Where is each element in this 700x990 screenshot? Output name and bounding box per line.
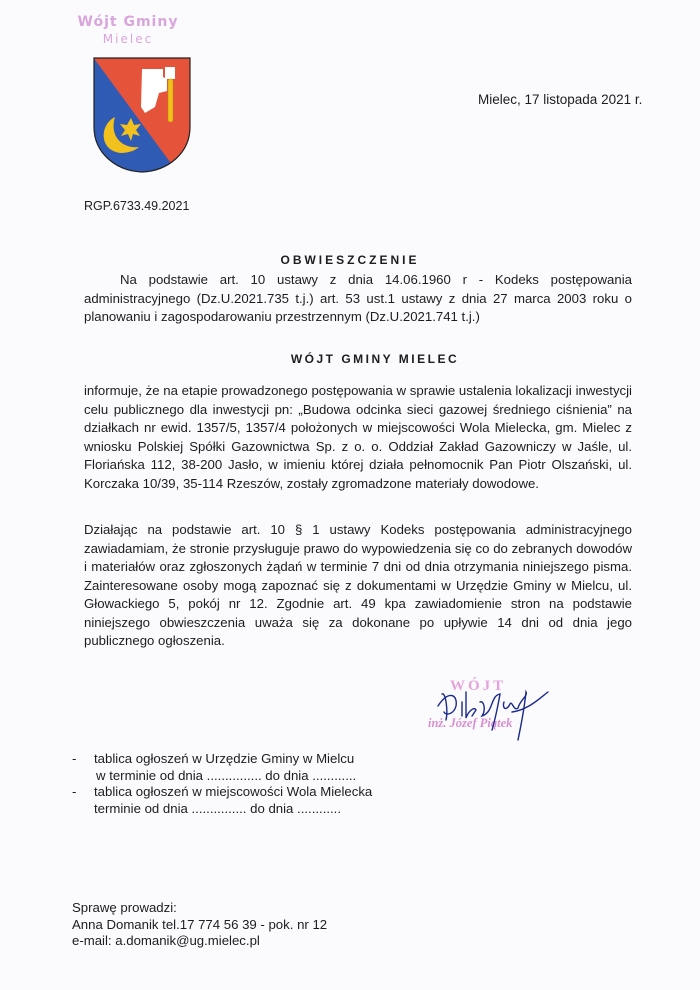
contact-person: Anna Domanik tel.17 774 56 39 - pok. nr …: [72, 917, 327, 934]
stamp-line-1: Wójt Gminy: [58, 14, 198, 30]
list-dash: -: [72, 751, 76, 768]
contact-block: Sprawę prowadzi: Anna Domanik tel.17 774…: [72, 900, 327, 950]
letterhead-stamp: Wójt Gminy Mielec: [58, 14, 198, 46]
signature-block: WÓJT inż. Józef Piątek: [428, 672, 578, 742]
rights-paragraph: Działając na podstawie art. 10 § 1 ustaw…: [84, 521, 632, 651]
distribution-item: - tablica ogłoszeń w miejscowości Wola M…: [72, 784, 372, 817]
notice-body-paragraph: informuje, że na etapie prowadzonego pos…: [84, 382, 632, 493]
document-date: Mielec, 17 listopada 2021 r.: [478, 92, 642, 107]
distribution-item-term: w terminie od dnia ............... do dn…: [94, 768, 372, 785]
legal-basis-paragraph: Na podstawie art. 10 ustawy z dnia 14.06…: [84, 271, 632, 327]
reference-number: RGP.6733.49.2021: [84, 199, 189, 213]
handwritten-signature-icon: [428, 672, 578, 752]
distribution-item-term: terminie od dnia ............... do dnia…: [94, 801, 372, 818]
contact-email: e-mail: a.domanik@ug.mielec.pl: [72, 933, 327, 950]
list-dash: -: [72, 784, 76, 801]
contact-label: Sprawę prowadzi:: [72, 900, 327, 917]
stamp-line-2: Mielec: [58, 32, 198, 46]
distribution-item-place: tablica ogłoszeń w miejscowości Wola Mie…: [94, 784, 372, 801]
issuer-heading: WÓJT GMINY MIELEC: [0, 352, 700, 366]
document-title: OBWIESZCZENIE: [0, 253, 700, 267]
distribution-list: - tablica ogłoszeń w Urzędzie Gminy w Mi…: [72, 751, 372, 817]
distribution-item-place: tablica ogłoszeń w Urzędzie Gminy w Miel…: [94, 751, 372, 768]
distribution-item: - tablica ogłoszeń w Urzędzie Gminy w Mi…: [72, 751, 372, 784]
coat-of-arms-icon: [93, 57, 191, 173]
